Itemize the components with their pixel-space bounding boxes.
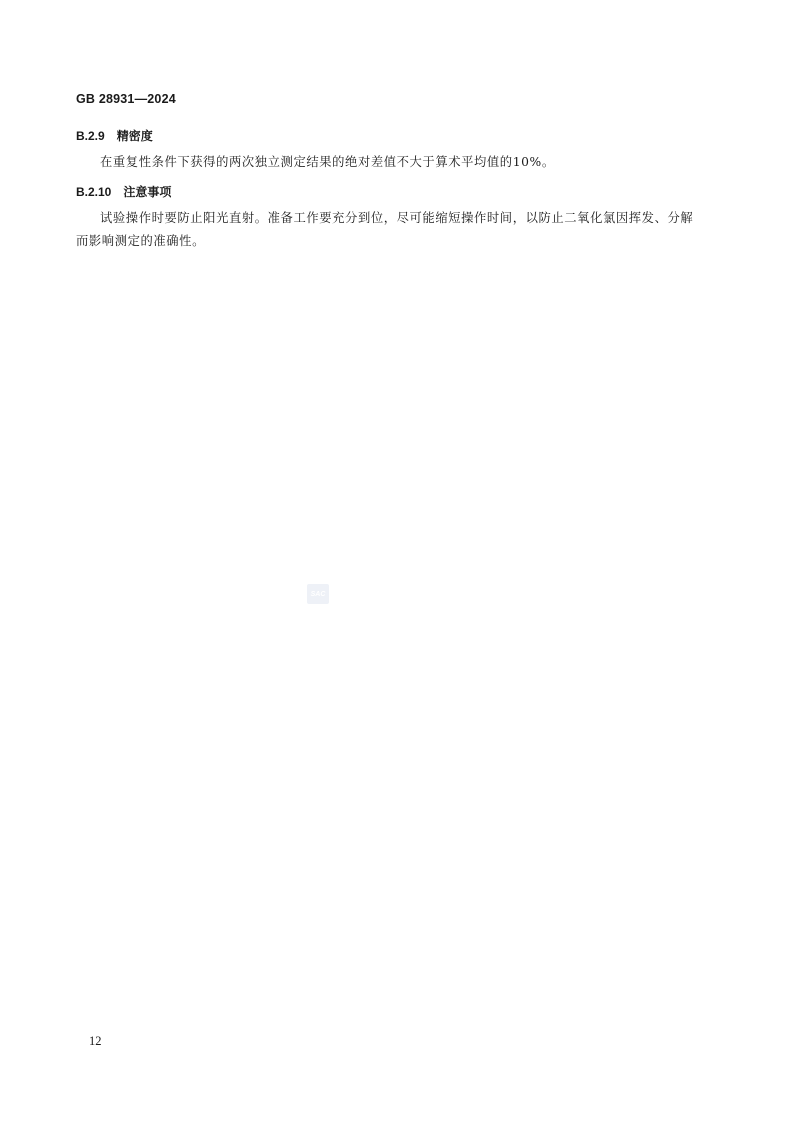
sac-watermark-logo: SAC — [307, 584, 329, 604]
clause-title: 精密度 — [117, 129, 153, 143]
page-number: 12 — [89, 1034, 102, 1049]
clause-title: 注意事项 — [123, 185, 171, 199]
clause-paragraph-precautions: 试验操作时要防止阳光直射。准备工作要充分到位，尽可能缩短操作时间，以防止二氧化氯… — [76, 207, 702, 253]
clause-heading-b-2-10: B.2.10注意事项 — [76, 183, 171, 200]
clause-number: B.2.9 — [76, 129, 105, 143]
clause-heading-b-2-9: B.2.9精密度 — [76, 127, 153, 144]
clause-paragraph-precision: 在重复性条件下获得的两次独立测定结果的绝对差值不大于算术平均值的10%。 — [76, 151, 702, 174]
clause-number: B.2.10 — [76, 185, 111, 199]
standard-code: GB 28931—2024 — [76, 92, 176, 106]
